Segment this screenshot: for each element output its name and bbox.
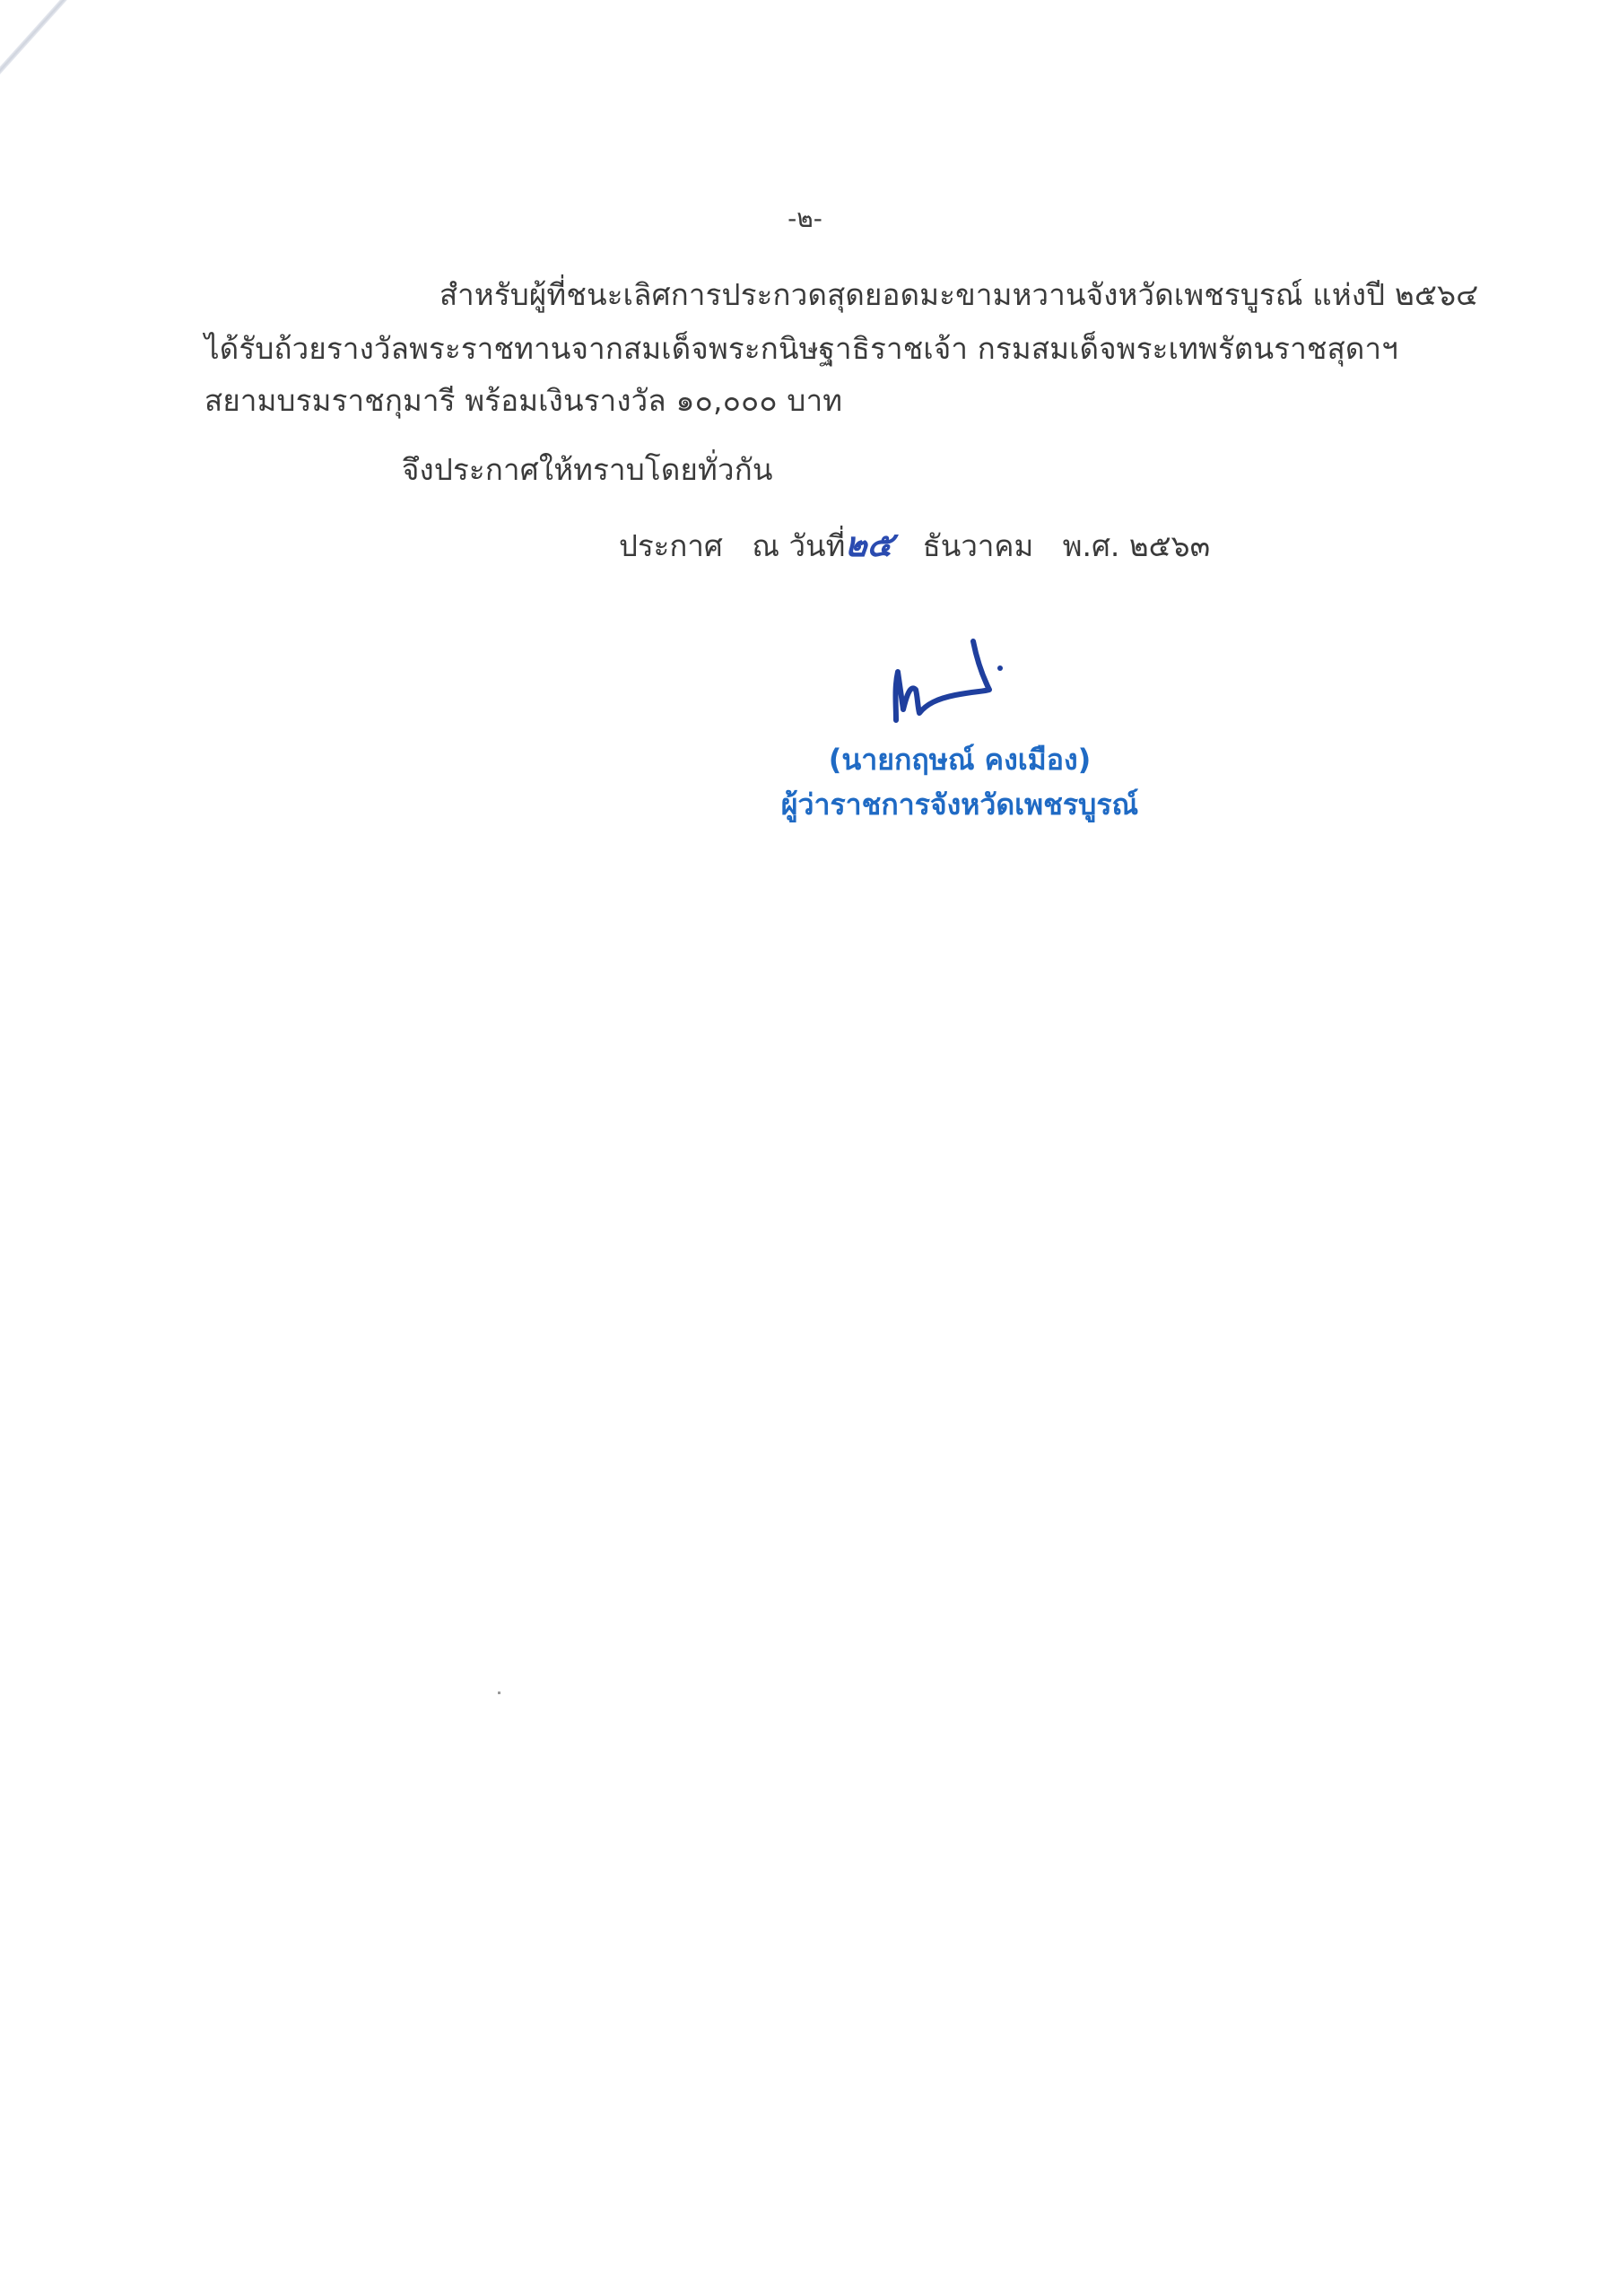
handwritten-signature-icon — [883, 632, 1018, 731]
date-day-label: วันที่ — [788, 528, 845, 563]
date-era: พ.ศ. — [1063, 528, 1120, 563]
date-day-handwritten: ๒๕ — [842, 517, 896, 571]
paragraph-line-3: สยามบรมราชกุมารี พร้อมเงินรางวัล ๑๐,๐๐๐ … — [205, 377, 1433, 424]
scan-artifact-line — [0, 0, 164, 112]
date-prefix: ประกาศ — [619, 528, 723, 563]
signer-title: ผู้ว่าราชการจังหวัดเพชรบูรณ์ — [771, 782, 1148, 828]
paragraph-line-2: ได้รับถ้วยรางวัลพระราชทานจากสมเด็จพระกนิ… — [205, 325, 1433, 372]
page-number: -๒- — [0, 199, 1610, 239]
scan-speck — [498, 1692, 500, 1694]
date-year: ๒๕๖๓ — [1129, 528, 1210, 563]
closing-statement: จึงประกาศให้ทราบโดยทั่วกัน — [402, 446, 1610, 493]
announcement-date: ประกาศ ณ วันที่๒๕ ธันวาคม พ.ศ. ๒๕๖๓ — [619, 517, 1210, 571]
paragraph-line-1: สำหรับผู้ที่ชนะเลิศการประกวดสุดยอดมะขามห… — [439, 271, 1610, 318]
signer-name: (นายกฤษณ์ คงเมือง) — [771, 737, 1148, 783]
date-month: ธันวาคม — [923, 528, 1034, 563]
date-at: ณ — [752, 528, 779, 563]
